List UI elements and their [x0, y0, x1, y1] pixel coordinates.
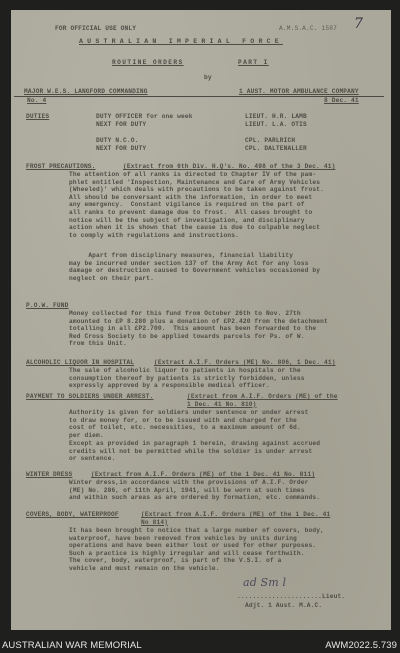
section-ref-payment: (Extract from A.I.F. Orders (ME) of the … [187, 393, 338, 408]
section-heading-alcohol: ALCOHOLIC LIQUOR IN HOSPITAL [26, 359, 134, 367]
duty-name: LIEUT. H.R. LAMB [245, 113, 307, 121]
form-reference: A.M.S.A.C. 1587 [279, 25, 337, 33]
duties-heading: DUTIES [26, 113, 49, 121]
section-ref-frost: (Extract from 6th Div. H.Q's. No. 498 of… [123, 163, 335, 171]
section-heading-covers: COVERS, BODY, WATERPROOF [26, 511, 119, 519]
unit-name: 1 AUST. MOTOR AMBULANCE COMPANY [239, 88, 359, 96]
section-heading-frost: FROST PRECAUTIONS. [26, 163, 96, 171]
section-heading-pow-fund: P.O.W. FUND [26, 302, 69, 310]
section-ref-winter-dress: (Extract from A.I.F. Orders (ME) of the … [91, 471, 315, 479]
duty-name: CPL. DALTENALLER [245, 145, 307, 153]
duty-role: NEXT FOR DUTY [96, 145, 146, 153]
duty-role: DUTY OFFICER for one week [96, 113, 193, 121]
order-date: 8 Dec. 41 [324, 97, 359, 105]
by-label: by [204, 74, 212, 82]
signature-title: Adjt. 1 Aust. M.A.C. [245, 602, 322, 610]
duty-role: DUTY N.C.O. [96, 137, 139, 145]
section-paragraph: Apart from disciplinary measures, financ… [69, 252, 320, 282]
subtitle-routine-orders: ROUTINE ORDERS [112, 59, 184, 67]
duty-name: CPL. PARLRICH [245, 137, 295, 145]
document-page: FOR OFFICIAL USE ONLY A.M.S.A.C. 1587 7 … [11, 10, 391, 630]
subtitle-part: PART I [238, 59, 269, 67]
signature-line: ......................Lieut. [237, 593, 345, 601]
section-paragraph: Authority is given for soldiers under se… [69, 409, 309, 439]
folio-number: 7 [354, 21, 363, 29]
section-ref-covers: (Extract from A.I.F. Orders (ME) of the … [141, 511, 330, 526]
footer-accession-number: AWM2022.5.739 [325, 640, 397, 651]
classification-label: FOR OFFICIAL USE ONLY [55, 25, 136, 33]
section-ref-alcohol: (Extract A.I.F. Orders (ME) No. 806, 1 D… [154, 359, 336, 367]
section-paragraph: The sale of alcoholic liquor to patients… [69, 367, 305, 390]
section-paragraph: Except as provided in paragraph 1 herein… [69, 440, 320, 463]
document-title: AUSTRALIAN IMPERIAL FORCE [79, 38, 283, 46]
duty-name: LIEUT. L.A. OTIS [245, 121, 307, 129]
order-number: No. 4 [27, 97, 46, 105]
footer-institution: AUSTRALIAN WAR MEMORIAL [2, 640, 142, 651]
duty-role: NEXT FOR DUTY [96, 121, 146, 129]
section-heading-payment: PAYMENT TO SOLDIERS UNDER ARREST. [26, 393, 153, 401]
section-heading-winter-dress: WINTER DRESS [26, 471, 72, 479]
section-paragraph: Winter dress,in accordance with the prov… [69, 479, 320, 502]
section-paragraph: Money collected for this fund from Octob… [69, 310, 328, 348]
section-paragraph: It has been brought to notice that a lar… [69, 527, 324, 573]
section-paragraph: The attention of all ranks is directed t… [69, 171, 324, 239]
issuer: MAJOR W.E.S. LANGFORD COMMANDING [24, 88, 148, 96]
handwritten-signature: ad Sm l [243, 579, 286, 587]
